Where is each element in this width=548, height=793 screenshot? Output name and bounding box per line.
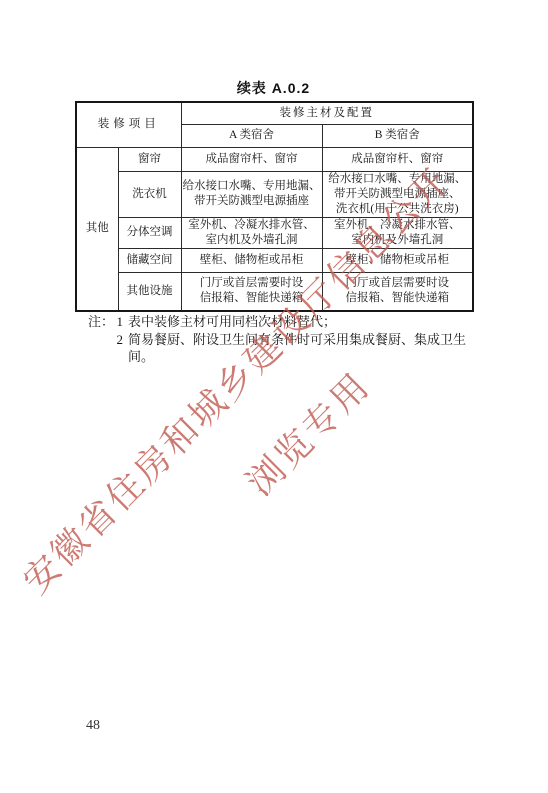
- header-materials: 装修主材及配置: [181, 102, 473, 124]
- cell-class-a: 门厅或首层需要时设 信报箱、智能快递箱: [181, 272, 322, 311]
- note-item: 注： 1 表中装修主材可用同档次材料替代；: [88, 313, 488, 331]
- watermark-line-2: 浏览专用: [234, 359, 380, 505]
- note-item: 2 简易餐厨、附设卫生间有条件时可采用集成餐厨、集成卫生间。: [88, 331, 488, 366]
- cell-class-b: 壁柜、储物柜或吊柜: [322, 248, 473, 272]
- table-row: 洗衣机 给水接口水嘴、专用地漏、 带开关防溅型电源插座 给水接口水嘴、专用地漏、…: [76, 171, 473, 217]
- decoration-table: 装修项目 装修主材及配置 A 类宿舍 B 类宿舍 其他 窗帘 成品窗帘杆、窗帘 …: [75, 101, 474, 312]
- cell-class-b: 室外机、冷凝水排水管、 室内机及外墙孔洞: [322, 217, 473, 248]
- notes-block: 注： 1 表中装修主材可用同档次材料替代； 2 简易餐厨、附设卫生间有条件时可采…: [88, 313, 488, 366]
- header-class-a: A 类宿舍: [181, 124, 322, 147]
- note-number: 2: [114, 331, 123, 349]
- cell-class-b: 给水接口水嘴、专用地漏、 带开关防溅型电源插座、 洗衣机(用于公共洗衣房): [322, 171, 473, 217]
- table-header-row-1: 装修项目 装修主材及配置: [76, 102, 473, 124]
- header-class-b: B 类宿舍: [322, 124, 473, 147]
- table-title: 续表 A.0.2: [75, 78, 472, 98]
- row-label: 窗帘: [118, 147, 181, 171]
- note-number: 1: [114, 313, 123, 331]
- row-label: 洗衣机: [118, 171, 181, 217]
- cell-class-a: 成品窗帘杆、窗帘: [181, 147, 322, 171]
- group-label-cell: 其他: [76, 147, 118, 311]
- cell-class-b: 成品窗帘杆、窗帘: [322, 147, 473, 171]
- cell-class-b: 门厅或首层需要时设 信报箱、智能快递箱: [322, 272, 473, 311]
- cell-class-a: 室外机、冷凝水排水管、 室内机及外墙孔洞: [181, 217, 322, 248]
- page-number: 48: [86, 718, 100, 734]
- row-label: 分体空调: [118, 217, 181, 248]
- table-row: 其他 窗帘 成品窗帘杆、窗帘 成品窗帘杆、窗帘: [76, 147, 473, 171]
- document-page: 安徽省住房和城乡建设厅信息公开 浏览专用 续表 A.0.2 装修项目 装修主材及…: [0, 0, 548, 793]
- note-text: 表中装修主材可用同档次材料替代；: [128, 313, 468, 331]
- table-row: 储藏空间 壁柜、储物柜或吊柜 壁柜、储物柜或吊柜: [76, 248, 473, 272]
- row-label: 其他设施: [118, 272, 181, 311]
- note-text: 简易餐厨、附设卫生间有条件时可采用集成餐厨、集成卫生间。: [128, 331, 468, 366]
- cell-class-a: 给水接口水嘴、专用地漏、 带开关防溅型电源插座: [181, 171, 322, 217]
- row-label: 储藏空间: [118, 248, 181, 272]
- header-project: 装修项目: [76, 102, 181, 147]
- table-row: 分体空调 室外机、冷凝水排水管、 室内机及外墙孔洞 室外机、冷凝水排水管、 室内…: [76, 217, 473, 248]
- table-row: 其他设施 门厅或首层需要时设 信报箱、智能快递箱 门厅或首层需要时设 信报箱、智…: [76, 272, 473, 311]
- note-prefix: 注：: [88, 313, 114, 331]
- cell-class-a: 壁柜、储物柜或吊柜: [181, 248, 322, 272]
